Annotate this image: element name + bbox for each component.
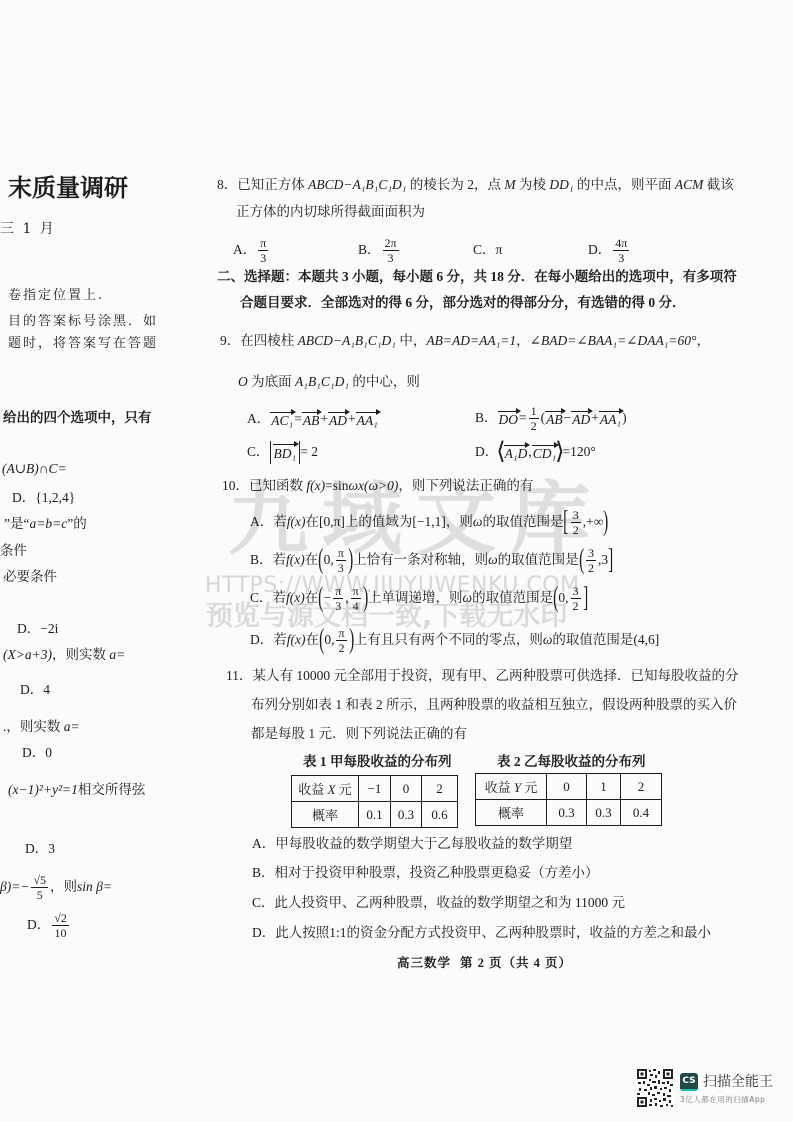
option-label: C． [252,895,275,910]
q9-option-a: A．AC₁ = AB + AD + AA₁ [247,406,379,432]
text: , [345,589,348,607]
math: O [238,374,248,389]
option-text: 甲每股收益的数学期望大于乙每股收益的数学期望 [275,836,572,851]
math: f(x) [287,631,306,649]
math: ACM [675,177,704,192]
fraction: 32 [586,547,596,574]
vector: AB [302,412,321,430]
text: ，则 [446,513,473,531]
math: M [504,177,515,192]
text: 已知正方体 [237,177,308,192]
text: 截该 [703,177,733,192]
option-value: −2i [40,621,58,636]
table-header-cell: 概率 [292,802,359,828]
q11-option-c: C．此人投资甲、乙两种股票，收益的数学期望之和为 11000 元 [252,894,625,912]
q10-option-b: B．若 f(x) 在 (0,π3)上恰有一条对称轴，则 ω 的取值范围是 (32… [250,546,613,574]
table-cell: 2 [422,776,458,802]
text: ，则实数 [52,647,109,662]
text: ， [516,333,530,348]
math: A₁B₁C₁D₁ [295,374,349,389]
math: ∠BAD=∠BAA₁=∠DAA₁=60° [530,333,697,348]
instruction-line: 目的答案标号涂黑．如 [8,313,158,331]
q10-option-c: C．若 f(x) 在 (−π3,π4)上单调递增，则 ω 的取值范围是 (0,3… [250,584,588,612]
bracket-open: ( [553,589,558,607]
option-label: D． [27,916,50,934]
option-label: A． [252,836,275,851]
question-fragment: .，则实数 a= [3,718,80,736]
vector: AA₁ [599,411,622,429]
section1-heading-fragment: 给出的四个选项中，只有 [3,409,152,427]
text: 上的值域为 [345,513,413,531]
bracket-close: ) [348,551,353,569]
math: a= [64,719,80,734]
q9-option-c: C．BD₁ = 2 [247,440,318,464]
text: 的取值范围是 [498,551,579,569]
text: ，则 [50,878,77,896]
question-fragment: (A∪B)∩C= [2,460,67,478]
fraction: π2 [336,627,346,654]
bracket-open: ( [319,631,324,649]
interval: (4,6] [633,631,659,649]
option-text: 此人投资甲、乙两种股票，收益的数学期望之和为 11000 元 [275,895,626,910]
text: 相交所得弦 [78,782,146,797]
text: =120° [563,443,596,461]
option-fragment: 条件 [0,542,27,560]
math: f(x) [286,589,305,607]
magnitude: BD₁ [270,441,301,464]
text: 的取值范围是 [472,589,553,607]
option-label: A． [250,513,273,531]
option-label: C． [250,589,273,607]
bracket-close: ) [604,513,609,531]
option-d: D．4 [20,681,50,699]
math: ω [488,551,498,569]
q11-option-a: A．甲每股收益的数学期望大于乙每股收益的数学期望 [252,835,572,853]
bracket-close: ) [349,631,354,649]
option-label: D． [250,631,273,649]
text: =sin [325,478,348,493]
table-cell: 0.3 [587,800,621,826]
text: 元 [521,780,537,795]
option-d: D．0 [22,744,52,762]
text: 的中点，则平面 [574,177,675,192]
interval: [−1,1] [412,513,445,531]
q11-option-b: B．相对于投资甲种股票，投资乙种股票更稳妥（方差小） [252,864,599,882]
table-cell: 0.1 [359,802,391,828]
question-number: 10． [222,478,249,493]
fraction: π4 [351,585,361,612]
math: f(x) [287,513,306,531]
instruction-line: 卷指定位置上. [8,287,104,305]
math: ABCD−A₁B₁C₁D₁ [308,177,406,192]
math: a= [109,647,125,662]
math: ωx(ω>0) [348,478,398,493]
math: f(x) [306,478,325,493]
vector: BD₁ [273,444,298,464]
text: 若 [273,589,287,607]
text: 的取值范围是 [552,631,633,649]
table1-distribution: 收益 X 元 −1 0 2 概率 0.1 0.3 0.6 [291,775,458,828]
bracket-open: ( [318,551,323,569]
fraction: 4π3 [613,237,629,264]
text: 上恰有一条对称轴，则 [353,551,488,569]
option-label: D． [25,841,48,856]
q11-stem-line2: 布列分别如表 1 和表 2 所示，且两种股票的收益相互独立，假设两种股票的买入价 [251,696,737,714]
q8-option-b: B． 2π3 [358,236,401,264]
math: AB=AD=AA₁=1 [426,333,516,348]
option-label: D． [17,621,40,636]
option-value: 3 [48,841,55,856]
fraction: √55 [31,874,48,901]
table-cell: 0 [547,774,587,800]
table-header-cell: 收益 Y 元 [476,774,547,800]
table2-caption: 表 2 乙每股收益的分布列 [497,753,646,771]
table1-caption: 表 1 甲每股收益的分布列 [303,753,452,771]
option-label: D． [20,682,43,697]
option-d: D．3 [25,840,55,858]
text: 某人有 10000 元全部用于投资，现有甲、乙两种股票可供选择．已知每股收益的分 [253,668,739,683]
fraction: π3 [336,547,346,574]
q8-option-d: D． 4π3 [588,236,631,264]
option-label: D． [588,241,611,259]
text: ,+∞ [583,513,604,531]
bracket-close: ] [608,551,613,569]
math: ABCD−A₁B₁C₁D₁ [298,333,396,348]
text: 已知函数 [249,478,306,493]
text: .，则实数 [3,719,64,734]
text: 中， [396,333,426,348]
table2-distribution: 收益 Y 元 0 1 2 概率 0.3 0.3 0.4 [475,773,662,826]
table-cell: 0 [391,776,422,802]
footer-page-number: 第 2 页（共 4 页） [460,954,572,972]
option-d: D．−2i [17,620,58,638]
option-fragment: 必要条件 [3,568,57,586]
option-label: A． [233,241,256,259]
option-value: π [496,241,503,259]
vector: AC₁ [270,412,294,430]
text: ，则下列说法正确的有 [398,478,533,493]
fraction: 32 [571,585,581,612]
vector: AD [571,411,591,429]
text: ”的 [67,516,87,531]
vector: AD [328,412,348,430]
scanner-app-tagline: 3亿人都在用的扫描App [680,1095,765,1105]
text: 0, [558,589,568,607]
question-fragment: β)=− √55 ，则 sin β= [0,872,112,902]
text: 在 [305,551,319,569]
fraction: 12 [529,405,539,432]
qr-code-icon [636,1068,674,1108]
text: 在 [305,513,319,531]
option-d: D．{1,2,4} [12,489,75,507]
vector: AB [545,411,564,429]
q8-stem-line2: 正方体的内切球所得截面面积为 [236,203,425,221]
option-label: A． [247,410,270,428]
text: ,3 [598,551,608,569]
fraction: √210 [52,912,69,939]
math: ω [463,589,473,607]
text: 在 [305,589,319,607]
q9-stem-line2: O 为底面 A₁B₁C₁D₁ 的中心，则 [238,373,420,391]
bracket-open: ( [579,551,584,569]
vector: AA₁ [356,412,379,430]
instruction-line: 题时，将答案写在答题 [8,335,158,353]
q11-stem-line3: 都是每股 1 元．则下列说法正确的有 [251,725,467,743]
option-label: D． [22,745,45,760]
text: 若 [273,513,287,531]
table-cell: 2 [621,774,662,800]
text: 0, [324,551,334,569]
text: ”是“ [4,516,29,531]
bracket-open: [ [564,513,569,531]
q8-option-a: A． π3 [233,236,270,264]
text: 收益 [298,782,327,797]
option-label: C． [247,443,270,461]
q11-option-d: D．此人按照1:1的资金分配方式投资甲、乙两种股票时，收益的方差之和最小 [252,924,711,942]
option-d: D． √210 [27,910,71,940]
fraction: 32 [571,509,581,536]
text: ， [696,333,710,348]
math: sin β= [77,878,112,896]
option-label: C． [473,241,496,259]
option-label: D． [252,925,275,940]
bracket-close: ] [583,589,588,607]
option-label: B． [252,865,275,880]
interval: [0,π] [319,513,345,531]
text: 在四棱柱 [240,333,297,348]
option-label: B． [250,551,273,569]
text: = 2 [300,443,318,461]
text: 元 [335,782,351,797]
text: 为棱 [516,177,550,192]
text: − [324,589,332,607]
question-number: 11． [226,668,253,683]
text: 的中心，则 [349,374,420,389]
text: 上有且只有两个不同的零点，则 [354,631,543,649]
text: 的棱长为 2，点 [407,177,505,192]
math: (X>a+3) [3,647,52,662]
q10-option-d: D．若 f(x) 在 (0,π2)上有且只有两个不同的零点，则 ω 的取值范围是… [250,626,659,654]
table-row: 概率 0.1 0.3 0.6 [292,802,458,828]
question-fragment: ”是“a=b=c”的 [4,515,87,533]
question-fragment: (x−1)²+y²=1相交所得弦 [8,781,145,799]
option-label: B． [475,409,498,427]
text: 若 [273,551,287,569]
fraction: 2π3 [383,237,399,264]
q9-option-d: D．⟨A₁D,CD₁⟩=120° [475,440,596,464]
math: a=b=c [29,516,67,531]
math: ω [473,513,483,531]
table-cell: 0.4 [621,800,662,826]
vector: A₁D [504,445,529,463]
table-cell: −1 [359,776,391,802]
option-text: 相对于投资甲种股票，投资乙种股票更稳妥（方差小） [275,865,599,880]
q10-stem: 10．已知函数 f(x)=sinωx(ω>0)，则下列说法正确的有 [222,477,533,495]
text: 收益 [485,780,514,795]
fraction: π3 [258,237,268,264]
table-row: 收益 Y 元 0 1 2 [476,774,662,800]
vector: DO [498,411,520,429]
text: 为底面 [248,374,295,389]
math: f(x) [286,551,305,569]
text: 0, [324,631,334,649]
text: 在 [305,631,319,649]
bracket-open: ( [318,589,323,607]
footer-subject: 高三数学 [397,954,451,972]
option-value: 0 [45,745,52,760]
text: 的取值范围是 [482,513,563,531]
fraction: π3 [333,585,343,612]
question-number: 8． [217,177,237,192]
table-cell: 0.3 [547,800,587,826]
math: β)=− [0,878,29,896]
question-fragment: (X>a+3)，则实数 a= [3,646,125,664]
table-cell: 0.3 [391,802,422,828]
table-row: 收益 X 元 −1 0 2 [292,776,458,802]
camscanner-logo-icon: CS [680,1073,698,1091]
math: (x−1)²+y²=1 [8,782,78,797]
bracket-close: ) [363,589,368,607]
q11-stem-line1: 11．某人有 10000 元全部用于投资，现有甲、乙两种股票可供选择．已知每股收… [226,667,739,685]
option-label: D． [475,443,498,461]
option-value: {1,2,4} [35,490,75,505]
table-cell: 0.6 [422,802,458,828]
q9-stem-line1: 9．在四棱柱 ABCD−A₁B₁C₁D₁ 中，AB=AD=AA₁=1，∠BAD=… [220,332,710,350]
exam-date: 三 1 月 [0,220,56,238]
text: 若 [273,631,287,649]
table-row: 概率 0.3 0.3 0.4 [476,800,662,826]
option-label: D． [12,490,35,505]
option-value: 4 [43,682,50,697]
option-text: 此人按照1:1的资金分配方式投资甲、乙两种股票时，收益的方差之和最小 [275,925,711,940]
math: ω [543,631,553,649]
q8-stem-line1: 8．已知正方体 ABCD−A₁B₁C₁D₁ 的棱长为 2，点 M 为棱 DD₁ … [217,176,734,194]
vector: CD₁ [532,445,557,463]
table-cell: 1 [587,774,621,800]
math: DD₁ [549,177,573,192]
table-header-cell: 收益 X 元 [292,776,359,802]
q10-option-a: A．若 f(x) 在 [0,π] 上的值域为 [−1,1]，则 ω 的取值范围是… [250,508,609,536]
scanner-app-name: 扫描全能王 [703,1072,773,1092]
section2-heading-line2: 合题目要求．全部选对的得 6 分，部分选对的得部分分，有选错的得 0 分． [240,294,686,312]
text: 上单调递增，则 [368,589,463,607]
table-header-cell: 概率 [476,800,547,826]
q9-option-b: B．DO = 12 (AB − AD + AA₁) [475,404,627,432]
option-label: B． [358,241,381,259]
q8-option-c: C．π [473,236,502,264]
exam-title: 末质量调研 [8,174,128,202]
question-number: 9． [220,333,240,348]
section2-heading-line1: 二、选择题：本题共 3 小题，每小题 6 分，共 18 分．在每小题给出的选项中… [217,268,737,286]
